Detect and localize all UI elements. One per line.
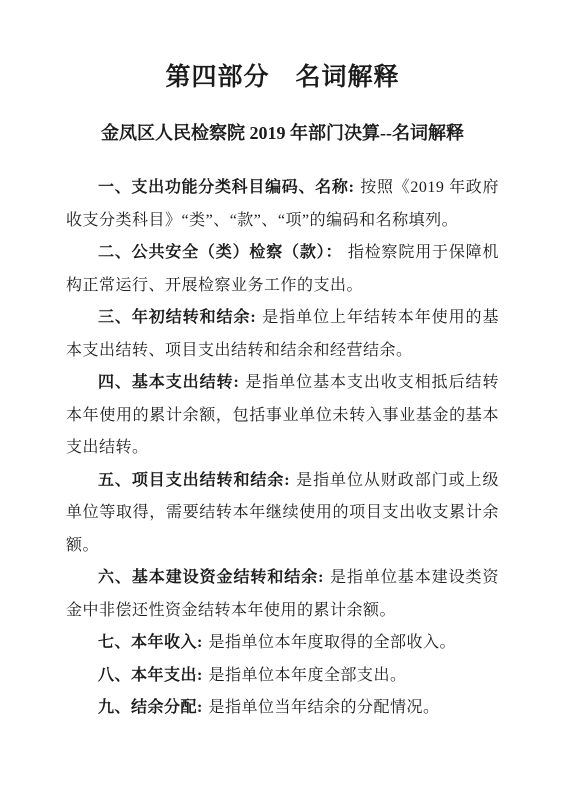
glossary-paragraph: 九、结余分配:是指单位当年结余的分配情况。 <box>66 692 499 725</box>
term-label: 四、基本支出结转: <box>98 374 245 391</box>
term-label: 一、支出功能分类科目编码、名称: <box>98 179 360 196</box>
term-label: 七、本年收入: <box>98 634 208 651</box>
term-label: 八、本年支出: <box>98 667 208 684</box>
glossary-paragraph: 一、支出功能分类科目编码、名称:按照《2019 年政府收支分类科目》“类”、“款… <box>66 172 499 237</box>
glossary-paragraph: 二、公共安全（类）检察（款）：指检察院用于保障机构正常运行、开展检察业务工作的支… <box>66 237 499 302</box>
term-label: 九、结余分配: <box>98 699 208 716</box>
term-definition: 是指单位当年结余的分配情况。 <box>208 699 439 716</box>
page-title: 第四部分 名词解释 <box>66 64 499 92</box>
glossary-paragraph: 五、项目支出结转和结余:是指单位从财政部门或上级单位等取得，需要结转本年继续使用… <box>66 465 499 563</box>
glossary-paragraph: 四、基本支出结转:是指单位基本支出收支相抵后结转本年使用的累计余额，包括事业单位… <box>66 367 499 465</box>
document-page: 第四部分 名词解释 金凤区人民检察院 2019 年部门决算--名词解释 一、支出… <box>0 0 565 800</box>
document-subtitle: 金凤区人民检察院 2019 年部门决算--名词解释 <box>66 123 499 144</box>
glossary-paragraph: 六、基本建设资金结转和结余:是指单位基本建设类资金中非偿还性资金结转本年使用的累… <box>66 562 499 627</box>
term-label: 六、基本建设资金结转和结余: <box>98 569 330 586</box>
glossary-paragraph: 八、本年支出:是指单位本年度全部支出。 <box>66 660 499 693</box>
term-label: 二、公共安全（类）检察（款）： <box>98 244 348 261</box>
term-label: 三、年初结转和结余: <box>98 309 262 326</box>
term-definition: 是指单位本年度全部支出。 <box>208 667 406 684</box>
term-definition: 是指单位本年度取得的全部收入。 <box>208 634 456 651</box>
term-label: 五、项目支出结转和结余: <box>98 472 296 489</box>
glossary-paragraph: 七、本年收入:是指单位本年度取得的全部收入。 <box>66 627 499 660</box>
glossary-body: 一、支出功能分类科目编码、名称:按照《2019 年政府收支分类科目》“类”、“款… <box>66 172 499 725</box>
glossary-paragraph: 三、年初结转和结余:是指单位上年结转本年使用的基本支出结转、项目支出结转和结余和… <box>66 302 499 367</box>
